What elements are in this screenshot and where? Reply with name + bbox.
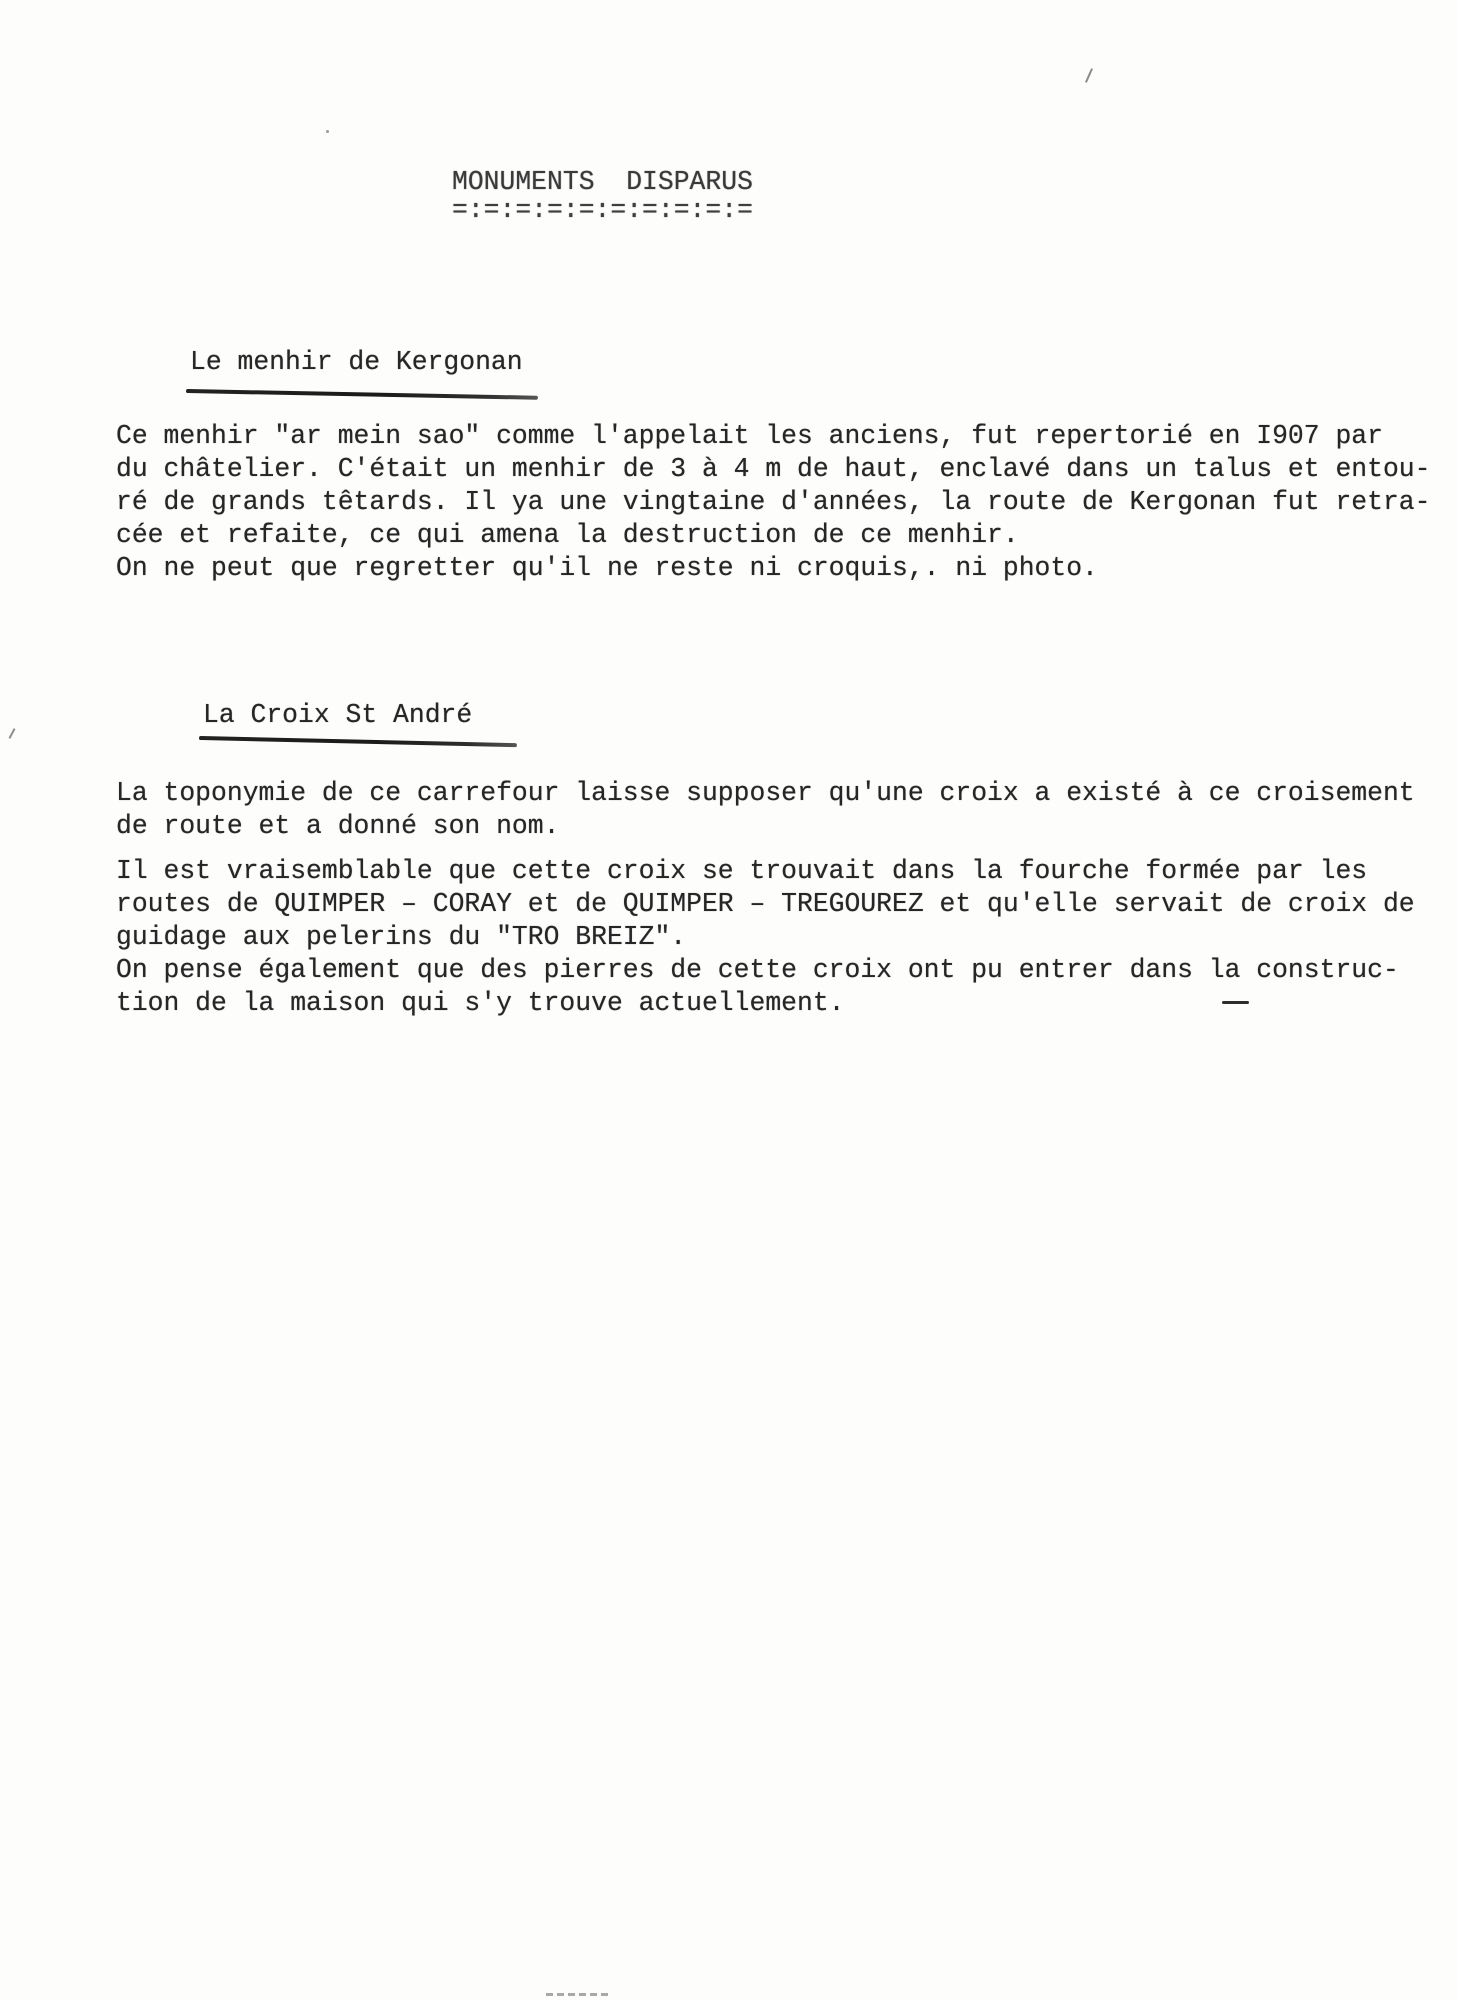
- stray-underscore-mark: [1222, 1001, 1249, 1004]
- section-heading-croix-st-andre: La Croix St André: [203, 699, 472, 732]
- scan-speck-dot: [326, 130, 329, 133]
- heading-underline-rule: [199, 736, 517, 747]
- scan-slash-mark-left-margin: [9, 728, 16, 739]
- scanned-document-page: MONUMENTS DISPARUS =:=:=:=:=:=:=:=:=:= L…: [0, 0, 1457, 2000]
- scan-slash-mark-top-right: [1085, 68, 1093, 83]
- paragraph-croix-emplacement: Il est vraisemblable que cette croix se …: [116, 855, 1451, 1020]
- heading-underline-rule: [186, 389, 538, 399]
- paragraph-menhir-kergonan: Ce menhir "ar mein sao" comme l'appelait…: [116, 420, 1451, 585]
- paragraph-croix-toponymie: La toponymie de ce carrefour laisse supp…: [116, 777, 1451, 843]
- scan-bottom-edge-mark: [546, 1993, 612, 1996]
- document-title-underline: =:=:=:=:=:=:=:=:=:=: [452, 194, 753, 227]
- section-heading-menhir-kergonan: Le menhir de Kergonan: [190, 346, 523, 379]
